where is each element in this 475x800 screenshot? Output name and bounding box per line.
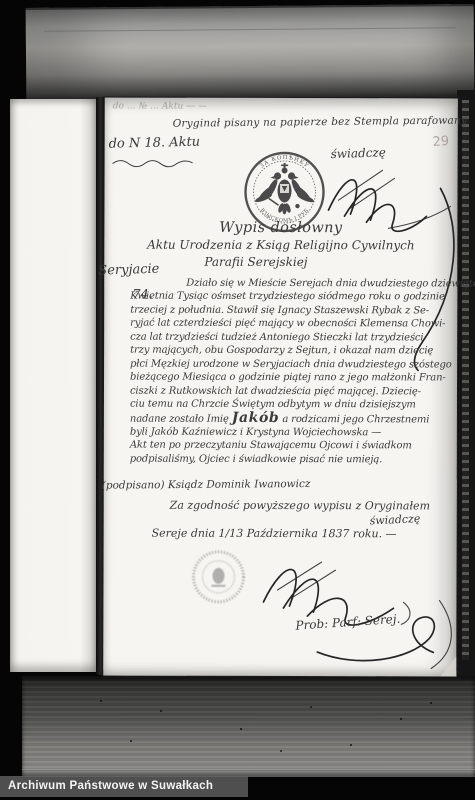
body-line: trzeciej z południa. Stawił się Ignacy S… <box>130 304 460 318</box>
title-line-2: Aktu Urodzenia z Ksiąg Religijno Cywilny… <box>104 238 457 253</box>
body-line: Kwietnia Tysiąc ośmset trzydziestego sió… <box>130 290 460 304</box>
dust-specks <box>100 700 102 702</box>
title-line-1: Wypis dosłowny <box>104 220 457 237</box>
archive-watermark: Archiwum Państwowe w Suwałkach <box>0 776 248 797</box>
book-bottom-edge <box>22 676 475 777</box>
body-line-given-name: nadane zostało Imię Jakób a rodzicami je… <box>130 411 460 426</box>
conformity-statement: Za zgodność powyższego wypisu z Oryginał… <box>170 499 430 513</box>
archival-scan-photo: do … № … Aktu — — Oryginał pisany na pap… <box>0 0 475 800</box>
attest-word-bottom: świadczę <box>369 512 420 528</box>
body-line: Akt ten po przeczytaniu Stawającemu Ojco… <box>130 439 460 453</box>
act-reference-note: do N 18. Aktu <box>108 135 200 152</box>
official-signature-flourish-bottom <box>253 540 463 676</box>
body-line: cza lat trzydzieści tudzież Antoniego St… <box>130 330 460 344</box>
origin-annotation: Oryginał pisany na papierze bez Stempla … <box>173 114 468 129</box>
body-line: ryjać lat czterdzieści pięć mający w obe… <box>130 317 460 331</box>
facing-page-edge <box>10 99 96 672</box>
body-line: byli Jakób Kaźniewicz i Krystyna Wojciec… <box>130 426 460 440</box>
place-date-line: Sereje dnia 1/13 Października 1837 roku.… <box>152 527 397 541</box>
signed-by-line: (podpisano) Ksiądz Dominik Iwanowicz <box>102 478 311 492</box>
double-headed-eagle-icon <box>254 163 315 215</box>
faded-top-annotation: do … № … Aktu — — <box>113 102 207 112</box>
flourish-underline-icon <box>111 158 195 168</box>
body-line: trzy mających, obu Gospodarzy z Sejtun, … <box>130 344 460 358</box>
body-line: ciu temu na Chrzcie Świętym odbytym w dn… <box>130 398 460 412</box>
body-line: płci Męzkiej urodzone w Seryjaciach dnia… <box>130 357 460 371</box>
book-top-edge <box>26 4 475 104</box>
title-line-3: Parafii Serejskiej <box>204 255 307 269</box>
board-seam-line <box>44 27 456 32</box>
document-page: do … № … Aktu — — Oryginał pisany na pap… <box>103 98 458 677</box>
body-line: bieżącego Miesiąca o godzinie piątej ran… <box>130 371 460 385</box>
body-line: ciszki z Rutkowskich lat dwadzieścia pię… <box>130 384 460 398</box>
body-line: podpisaliśmy, Ojciec i świadkowie pisać … <box>130 452 460 466</box>
name-line-before: nadane zostało Imię <box>130 413 232 424</box>
act-body-text: Działo się w Mieście Serejach dnia dwudz… <box>130 277 460 467</box>
given-name: Jakób <box>232 409 280 425</box>
body-line: Działo się w Mieście Serejach dnia dwudz… <box>130 277 460 291</box>
parish-round-stamp <box>189 548 247 606</box>
name-line-after: a rodzicami jego Chrzestnemi <box>279 414 429 425</box>
table-edge-highlight <box>22 769 475 770</box>
